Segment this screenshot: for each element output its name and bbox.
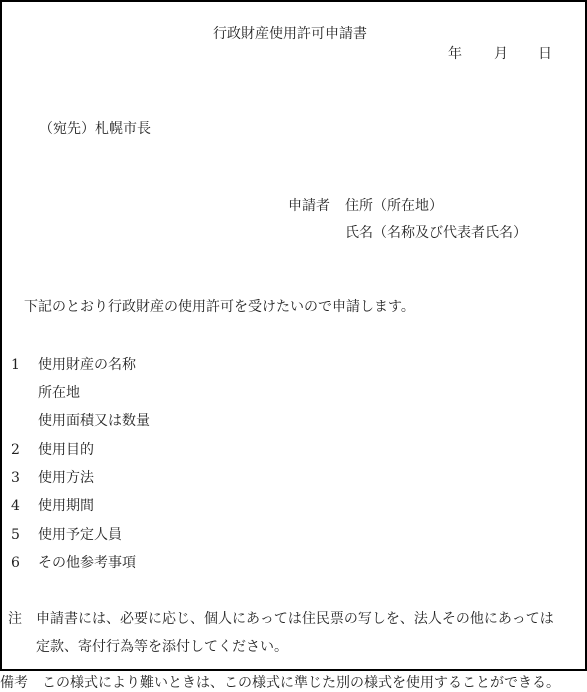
item-label: 所在地 (38, 386, 80, 400)
item-label: 使用面積又は数量 (38, 414, 150, 428)
addressee: （宛先）札幌市長 (39, 122, 151, 136)
remark-text: 備考 この様式により難いときは、この様式に準じた別の様式を使用することができる。 (0, 676, 560, 690)
request-statement: 下記のとおり行政財産の使用許可を受けたいので申請します。 (24, 300, 415, 314)
note-text-line1: 申請書には、必要に応じ、個人にあっては住民票の写しを、法人その他にあっては (36, 612, 554, 626)
note-mark: 注 (8, 612, 22, 626)
item-number: 1 (11, 358, 20, 372)
applicant-address-label: 住所（所在地） (345, 199, 443, 213)
item-label: 使用目的 (38, 443, 94, 457)
note-text-line2: 定款、寄付行為等を添付してください。 (36, 640, 288, 654)
date-day-label: 日 (538, 47, 552, 61)
item-label: 使用期間 (38, 499, 94, 513)
applicant-name-label: 氏名（名称及び代表者氏名） (345, 226, 527, 240)
document-title: 行政財産使用許可申請書 (213, 27, 367, 41)
item-number: 3 (11, 471, 20, 485)
date-month-label: 月 (494, 47, 508, 61)
item-number: 4 (11, 499, 20, 513)
item-label: その他参考事項 (38, 556, 136, 570)
item-label: 使用財産の名称 (38, 358, 136, 372)
item-number: 5 (11, 528, 20, 542)
applicant-label: 申請者 (288, 199, 330, 213)
item-label: 使用方法 (38, 471, 94, 485)
date-year-label: 年 (448, 47, 462, 61)
item-number: 2 (11, 443, 20, 457)
item-label: 使用予定人員 (38, 528, 122, 542)
item-number: 6 (11, 556, 20, 570)
